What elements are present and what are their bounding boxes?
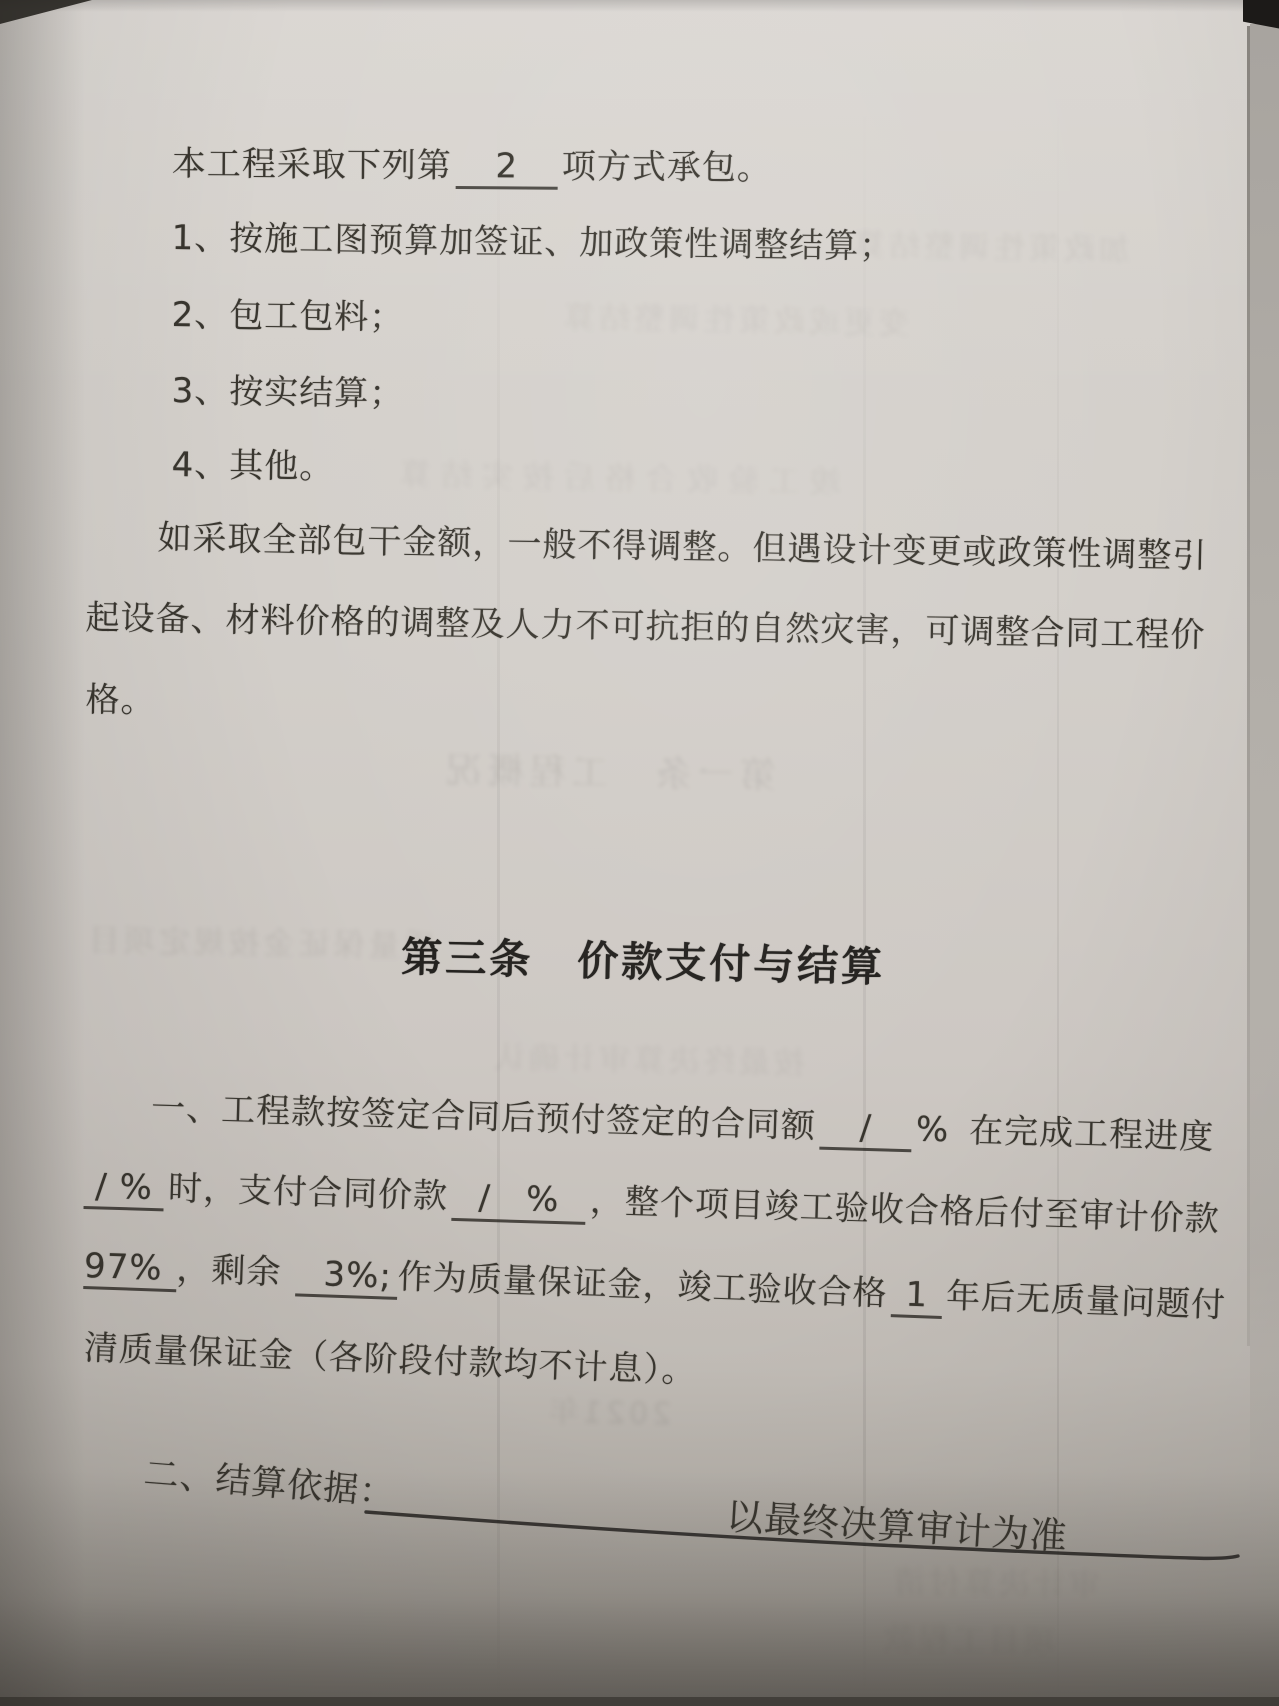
audit-price-percent-value: 97%: [83, 1246, 177, 1292]
bleedthrough-text: 质量保证金按规定项目: [85, 915, 436, 966]
payment-l1-tail: 在完成工程进度: [969, 1111, 1215, 1158]
prepay-percent-blank: /: [819, 1107, 912, 1153]
backdrop-right-strip: [1250, 24, 1279, 1554]
section-heading: 第三条 价款支付与结算: [401, 924, 886, 993]
lump-sum-paragraph-line-3: 格。: [85, 672, 156, 722]
bleedthrough-text: 变更或政策性调整结算: [560, 292, 911, 343]
photographed-contract-page: 加政策性调整结算 变更或政策性调整结算 竣工验收合格后按实结算 第一条 工程概况…: [0, 0, 1279, 1706]
bleedthrough-text: 第一条 工程概况: [440, 742, 777, 799]
percent-sign: %: [915, 1109, 949, 1150]
option-item-2: 2、包工包料；: [171, 287, 404, 339]
payment-l2-text1: 时，支付合同价款: [168, 1168, 449, 1216]
method-number-blank: 2: [456, 146, 558, 190]
retention-percent-value: 3%;: [295, 1253, 399, 1300]
bleedthrough-text: 2021年: [545, 1387, 672, 1433]
option-item-1: 1、按施工图预算加签证、加政策性调整结算；: [171, 210, 894, 268]
payment-l3-text1: ，剩余: [176, 1249, 282, 1293]
warranty-years-value: 1: [891, 1274, 943, 1319]
progress-percent-blank: / %: [83, 1166, 164, 1211]
option-item-3: 3、按实结算；: [171, 363, 404, 415]
page-bottom-edge: [0, 1697, 1279, 1706]
contract-price-percent-blank: / %: [451, 1169, 586, 1225]
contract-method-line: 本工程采取下列第2项方式承包。: [172, 136, 772, 191]
intro-prefix: 本工程采取下列第: [172, 144, 452, 186]
option-item-4: 4、其他。: [171, 437, 334, 488]
intro-suffix: 项方式承包。: [562, 147, 772, 188]
page-right-edge: [1247, 26, 1250, 1346]
bleedthrough-text: 按最终决算审计确认: [490, 1032, 806, 1082]
payment-l3-text3: 年后无质量问题付: [945, 1276, 1226, 1326]
bleedthrough-text: 项目工程款: [880, 1613, 1056, 1661]
bleedthrough-text: 竣工验收合格后按实结算: [390, 449, 842, 502]
settlement-underline: [358, 1498, 1253, 1583]
